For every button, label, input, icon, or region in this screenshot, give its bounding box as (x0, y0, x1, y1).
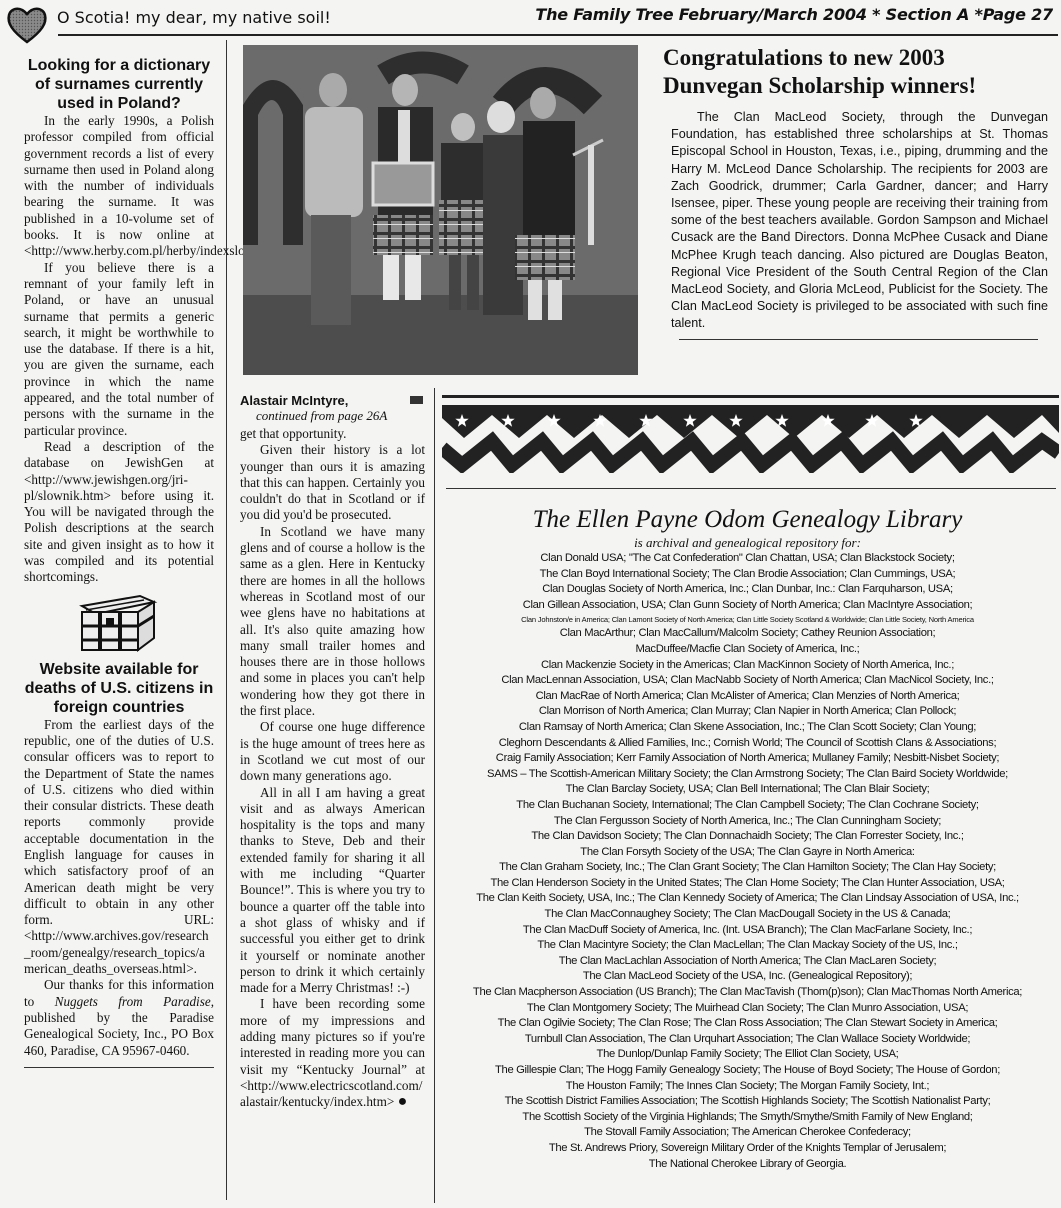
list-item: The Clan Boyd International Society; The… (442, 567, 1054, 583)
byline-author: Alastair McIntyre, (240, 393, 425, 408)
list-item: The Clan Henderson Society in the United… (442, 876, 1054, 892)
column-end-rule (24, 1067, 214, 1068)
article-end-rule (679, 339, 1038, 340)
list-item: The Clan Davidson Society; The Clan Donn… (442, 829, 1054, 845)
list-item: The Clan MacLeod Society of the USA, Inc… (442, 969, 1054, 985)
trunk-icon (76, 592, 158, 654)
heart-icon (6, 4, 48, 46)
section-rule (446, 488, 1056, 489)
congrats-article: Congratulations to new 2003 Dunvegan Sch… (663, 44, 1048, 340)
library-subtitle: is archival and genealogical repository … (440, 535, 1055, 551)
paragraph: If you believe there is a remnant of you… (24, 260, 214, 439)
list-item: Craig Family Association; Kerr Family As… (442, 751, 1054, 767)
list-item: The Clan Keith Society, USA, Inc.; The C… (442, 891, 1054, 907)
list-item: MacDuffee/Macfie Clan Society of America… (442, 642, 1054, 658)
list-item: The Clan MacLachlan Association of North… (442, 954, 1054, 970)
list-item: Turnbull Clan Association, The Clan Urqu… (442, 1032, 1054, 1048)
list-item: The Clan Macintyre Society; the Clan Mac… (442, 938, 1054, 954)
list-item: Clan Douglas Society of North America, I… (442, 582, 1054, 598)
congrats-headline: Congratulations to new 2003 Dunvegan Sch… (663, 44, 1048, 100)
list-item: Clan Gillean Association, USA; Clan Gunn… (442, 598, 1054, 614)
page-folio: The Family Tree February/March 2004 * Se… (535, 5, 1053, 24)
article-body-mcintyre: get that opportunity. Given their histor… (240, 426, 425, 1110)
end-mark-icon: ● (398, 1093, 408, 1110)
paragraph: Of course one huge difference is the hug… (240, 719, 425, 784)
paragraph: All in all I am having a great visit and… (240, 785, 425, 997)
list-item: The Clan Forsyth Society of the USA; The… (442, 845, 1054, 861)
article-body-deaths: From the earliest days of the republic, … (24, 717, 214, 1059)
list-item: The Clan MacConnaughey Society; The Clan… (442, 907, 1054, 923)
library-notice: The Ellen Payne Odom Genealogy Library i… (440, 505, 1055, 1172)
list-item: The Scottish Society of the Virginia Hig… (442, 1110, 1054, 1126)
list-item: The Stovall Family Association; The Amer… (442, 1125, 1054, 1141)
list-item: The Clan Ogilvie Society; The Clan Rose;… (442, 1016, 1054, 1032)
article-headline-deaths: Website available for deaths of U.S. cit… (24, 660, 214, 717)
article-body-poland: In the early 1990s, a Polish professor c… (24, 113, 214, 586)
list-item: Clan Donald USA; "The Cat Confederation"… (442, 551, 1054, 567)
paragraph: Our thanks for this information to Nugge… (24, 977, 214, 1058)
byline: Alastair McIntyre, continued from page 2… (240, 393, 425, 424)
scholarship-photo (243, 45, 638, 375)
list-item: The Clan Barclay Society, USA; Clan Bell… (442, 782, 1054, 798)
list-item: The Houston Family; The Innes Clan Socie… (442, 1079, 1054, 1095)
list-item: Clan Ramsay of North America; Clan Skene… (442, 720, 1054, 736)
paragraph: get that opportunity. (240, 426, 425, 442)
list-item: The National Cherokee Library of Georgia… (442, 1157, 1054, 1173)
list-item: The Clan Buchanan Society, International… (442, 798, 1054, 814)
column-divider (226, 40, 227, 1200)
article-headline-poland: Looking for a dictionary of surnames cur… (24, 56, 214, 113)
paragraph: In Scotland we have many glens and of co… (240, 524, 425, 720)
page-header: O Scotia! my dear, my native soil! The F… (0, 0, 1061, 40)
list-item: Clan MacLennan Association, USA; Clan Ma… (442, 673, 1054, 689)
page-motto: O Scotia! my dear, my native soil! (57, 8, 331, 27)
paragraph: I have been recording some more of my im… (240, 996, 425, 1110)
library-member-list: Clan Donald USA; "The Cat Confederation"… (440, 551, 1055, 1172)
paragraph: In the early 1990s, a Polish professor c… (24, 113, 214, 260)
list-item: The Clan Graham Society, Inc.; The Clan … (442, 860, 1054, 876)
paragraph: From the earliest days of the republic, … (24, 717, 214, 978)
list-item: The Clan Fergusson Society of North Amer… (442, 814, 1054, 830)
list-item: The Scottish District Families Associati… (442, 1094, 1054, 1110)
square-marker-icon (410, 396, 423, 404)
list-item: Clan MacRae of North America; Clan McAli… (442, 689, 1054, 705)
paragraph: Read a description of the database on Je… (24, 439, 214, 586)
list-item: The Clan MacDuff Society of America, Inc… (442, 923, 1054, 939)
header-rule (58, 34, 1058, 36)
list-item: The Clan Montgomery Society; The Muirhea… (442, 1001, 1054, 1017)
middle-column: Alastair McIntyre, continued from page 2… (240, 393, 425, 1110)
list-item: Cleghorn Descendants & Allied Families, … (442, 736, 1054, 752)
star-chevron-banner (442, 393, 1059, 473)
list-item: Clan Morrison of North America; Clan Mur… (442, 704, 1054, 720)
list-item: The St. Andrews Priory, Sovereign Milita… (442, 1141, 1054, 1157)
column-divider (434, 388, 435, 1203)
source-title: Nuggets from Paradise (55, 994, 211, 1009)
congrats-body: The Clan MacLeod Society, through the Du… (663, 109, 1048, 333)
byline-continued: continued from page 26A (240, 408, 425, 424)
library-title: The Ellen Payne Odom Genealogy Library (440, 505, 1055, 535)
list-item: The Clan Macpherson Association (US Bran… (442, 985, 1054, 1001)
list-item: The Gillespie Clan; The Hogg Family Gene… (442, 1063, 1054, 1079)
photo-image (243, 45, 638, 375)
left-column: Looking for a dictionary of surnames cur… (24, 56, 214, 1068)
paragraph: Given their history is a lot younger tha… (240, 442, 425, 523)
list-item: Clan Mackenzie Society in the Americas; … (442, 658, 1054, 674)
paragraph: The Clan MacLeod Society, through the Du… (671, 109, 1048, 333)
list-item: Clan Johnston/e in America; Clan Lamont … (442, 613, 1054, 626)
list-item: The Dunlop/Dunlap Family Society; The El… (442, 1047, 1054, 1063)
list-item: SAMS – The Scottish-American Military So… (442, 767, 1054, 783)
list-item: Clan MacArthur; Clan MacCallum/Malcolm S… (442, 626, 1054, 642)
